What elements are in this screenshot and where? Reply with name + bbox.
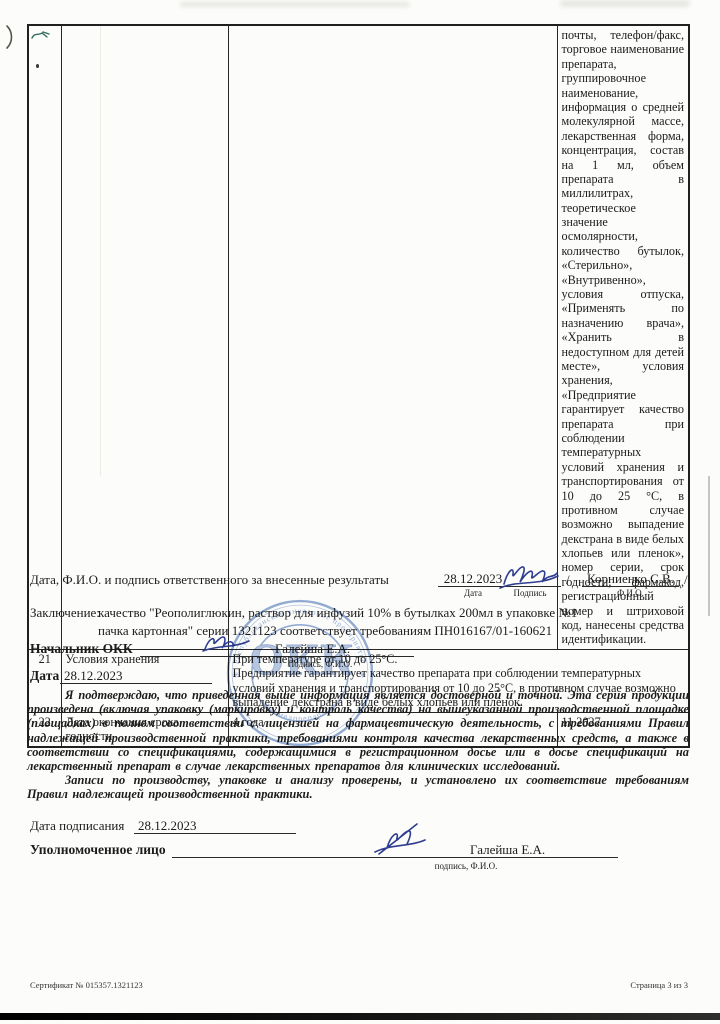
name-caption: Ф.И.О. <box>582 588 679 598</box>
date-label: Дата <box>30 668 59 683</box>
cell-note-text: почты, телефон/факс, торговое наименован… <box>557 25 689 649</box>
cell-value-empty <box>228 25 557 649</box>
signing-date-value: 28.12.2023 <box>134 818 296 834</box>
footer-page-number: Страница 3 из 3 <box>608 980 688 990</box>
okk-head-label: Начальник ОКК <box>30 641 133 656</box>
authorized-label: Уполномоченное лицо <box>30 842 166 857</box>
responsible-signature-scribble <box>498 562 560 592</box>
stamp-center-text: ОКК <box>249 634 354 684</box>
authorized-caption: подпись, Ф.И.О. <box>386 861 546 871</box>
svg-text:«Белмедпрепараты»: «Белмедпрепараты» <box>259 699 341 724</box>
authorized-person-block: Уполномоченное лицо Галейша Е.А. подпись… <box>30 842 690 874</box>
scan-bottom-bar <box>0 1013 720 1020</box>
confirmation-paragraph-2: Записи по производству, упаковке и анали… <box>27 773 689 801</box>
signing-date-label: Дата подписания <box>30 818 124 833</box>
page-edge-line <box>708 476 710 616</box>
okk-round-stamp-icon: Республиканское унитарное предприятие «Б… <box>224 597 376 749</box>
authorized-signature-scribble <box>365 820 429 858</box>
cell-name-empty <box>61 25 228 649</box>
stamp-ring-text-bottom: «Белмедпрепараты» <box>259 699 341 724</box>
footer-certificate-number: Сертификат № 015357.1321123 <box>30 980 143 990</box>
authorized-name: Галейша Е.А. <box>470 842 545 857</box>
table-row-continuation: почты, телефон/факс, торговое наименован… <box>28 25 689 649</box>
slash: / <box>684 572 688 587</box>
cell-num-empty <box>28 25 61 649</box>
stamp-star-right: ✳ <box>359 670 367 680</box>
stamp-star-left: ✳ <box>232 670 240 680</box>
responsible-label: Дата, Ф.И.О. и подпись ответственного за… <box>30 572 389 587</box>
slash: / <box>566 572 570 587</box>
scan-smudge <box>180 2 410 7</box>
certificate-page: почты, телефон/факс, торговое наименован… <box>0 0 720 1024</box>
responsible-name: Корниенко С.В. <box>582 571 679 587</box>
conclusion-label: Заключение: <box>30 604 100 622</box>
date-value: 28.12.2023 <box>60 668 212 684</box>
scan-smudge <box>560 0 690 7</box>
pen-paren-mark-icon <box>4 24 15 51</box>
